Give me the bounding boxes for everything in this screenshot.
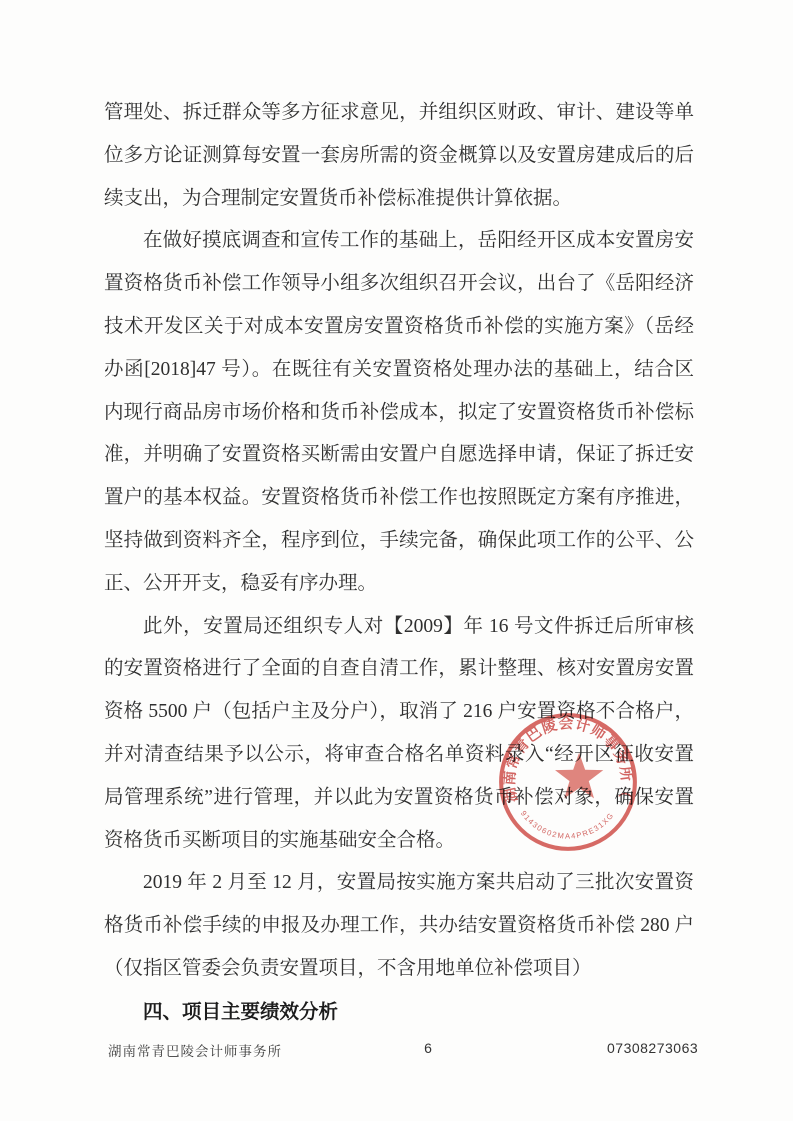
document-body: 管理处、拆迁群众等多方征求意见，并组织区财政、审计、建设等单位多方论证测算每安置… [104,92,694,1034]
paragraph-continuation: 管理处、拆迁群众等多方征求意见，并组织区财政、审计、建设等单位多方论证测算每安置… [104,92,694,220]
paragraph-survey-plan: 在做好摸底调查和宣传工作的基础上，岳阳经开区成本安置房安置资格货币补偿工作领导小… [104,220,694,605]
document-page: 管理处、拆迁群众等多方征求意见，并组织区财政、审计、建设等单位多方论证测算每安置… [0,0,793,1121]
paragraph-2019-batches: 2019 年 2 月至 12 月，安置局按实施方案共启动了三批次安置资格货币补偿… [104,862,694,990]
footer-company-name: 湖南常青巴陵会计师事务所 [108,1040,282,1060]
footer-phone-number: 07308273063 [607,1040,698,1056]
paragraph-self-check: 此外，安置局还组织专人对【2009】年 16 号文件拆迁后所审核的安置资格进行了… [104,606,694,863]
page-number: 6 [400,1040,456,1056]
section-heading: 四、项目主要绩效分析 [104,991,694,1034]
